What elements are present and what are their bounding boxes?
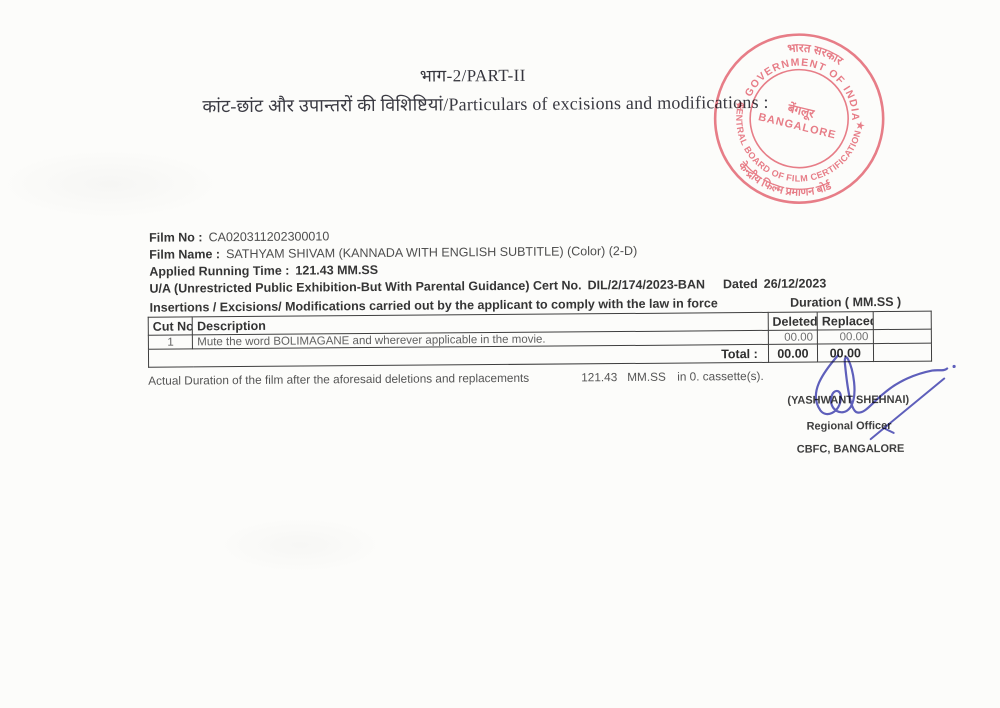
- document-sheet: भाग-2/PART-II कांट-छांट और उपान्तरों की …: [0, 0, 1000, 708]
- film-name-line: Film Name :SATHYAM SHIVAM (KANNADA WITH …: [149, 244, 637, 262]
- cut-no-cell: 1: [148, 335, 192, 349]
- signature-ink: [778, 334, 989, 451]
- rating-text: U/A (Unrestricted Public Exhibition-But …: [149, 278, 581, 295]
- running-time-line: Applied Running Time :121.43 MM.SS: [149, 263, 378, 279]
- running-time-label: Applied Running Time :: [149, 264, 289, 279]
- film-no-label: Film No :: [149, 230, 203, 244]
- signature-dot: [952, 365, 955, 368]
- film-name-value: SATHYAM SHIVAM (KANNADA WITH ENGLISH SUB…: [226, 244, 637, 261]
- actual-duration-label: Actual Duration of the film after the af…: [148, 371, 529, 388]
- cert-no-value: DIL/2/174/2023-BAN: [588, 277, 706, 292]
- running-time-value: 121.43 MM.SS: [295, 263, 378, 278]
- cbfc-stamp: भारत सरकार GOVERNMENT OF INDIA CENTRAL B…: [691, 10, 908, 227]
- actual-duration-value: 121.43: [581, 370, 617, 384]
- cassette-count-text: in 0. cassette(s).: [677, 369, 764, 384]
- dated-label: Dated: [723, 277, 758, 291]
- col-deleted: Deleted: [768, 312, 818, 330]
- actual-duration-unit: MM.SS: [627, 370, 666, 384]
- scanned-certificate-page: भाग-2/PART-II कांट-छांट और उपान्तरों की …: [0, 0, 1000, 708]
- film-name-label: Film Name :: [149, 247, 220, 262]
- col-extra: [873, 311, 932, 329]
- dated-value: 26/12/2023: [764, 276, 827, 290]
- total-label: Total :: [148, 344, 768, 367]
- col-cut-no: Cut No.: [148, 317, 192, 335]
- film-no-line: Film No :CA020311202300010: [149, 229, 329, 244]
- col-replaced: Replaced: [817, 312, 873, 330]
- signature-flourish: [870, 379, 944, 440]
- duration-column-header: Duration ( MM.SS ): [762, 295, 930, 310]
- certificate-line: U/A (Unrestricted Public Exhibition-But …: [149, 276, 826, 295]
- star-icon: ★: [854, 119, 867, 133]
- signature-stroke: [816, 354, 948, 414]
- film-no-value: CA020311202300010: [208, 229, 329, 244]
